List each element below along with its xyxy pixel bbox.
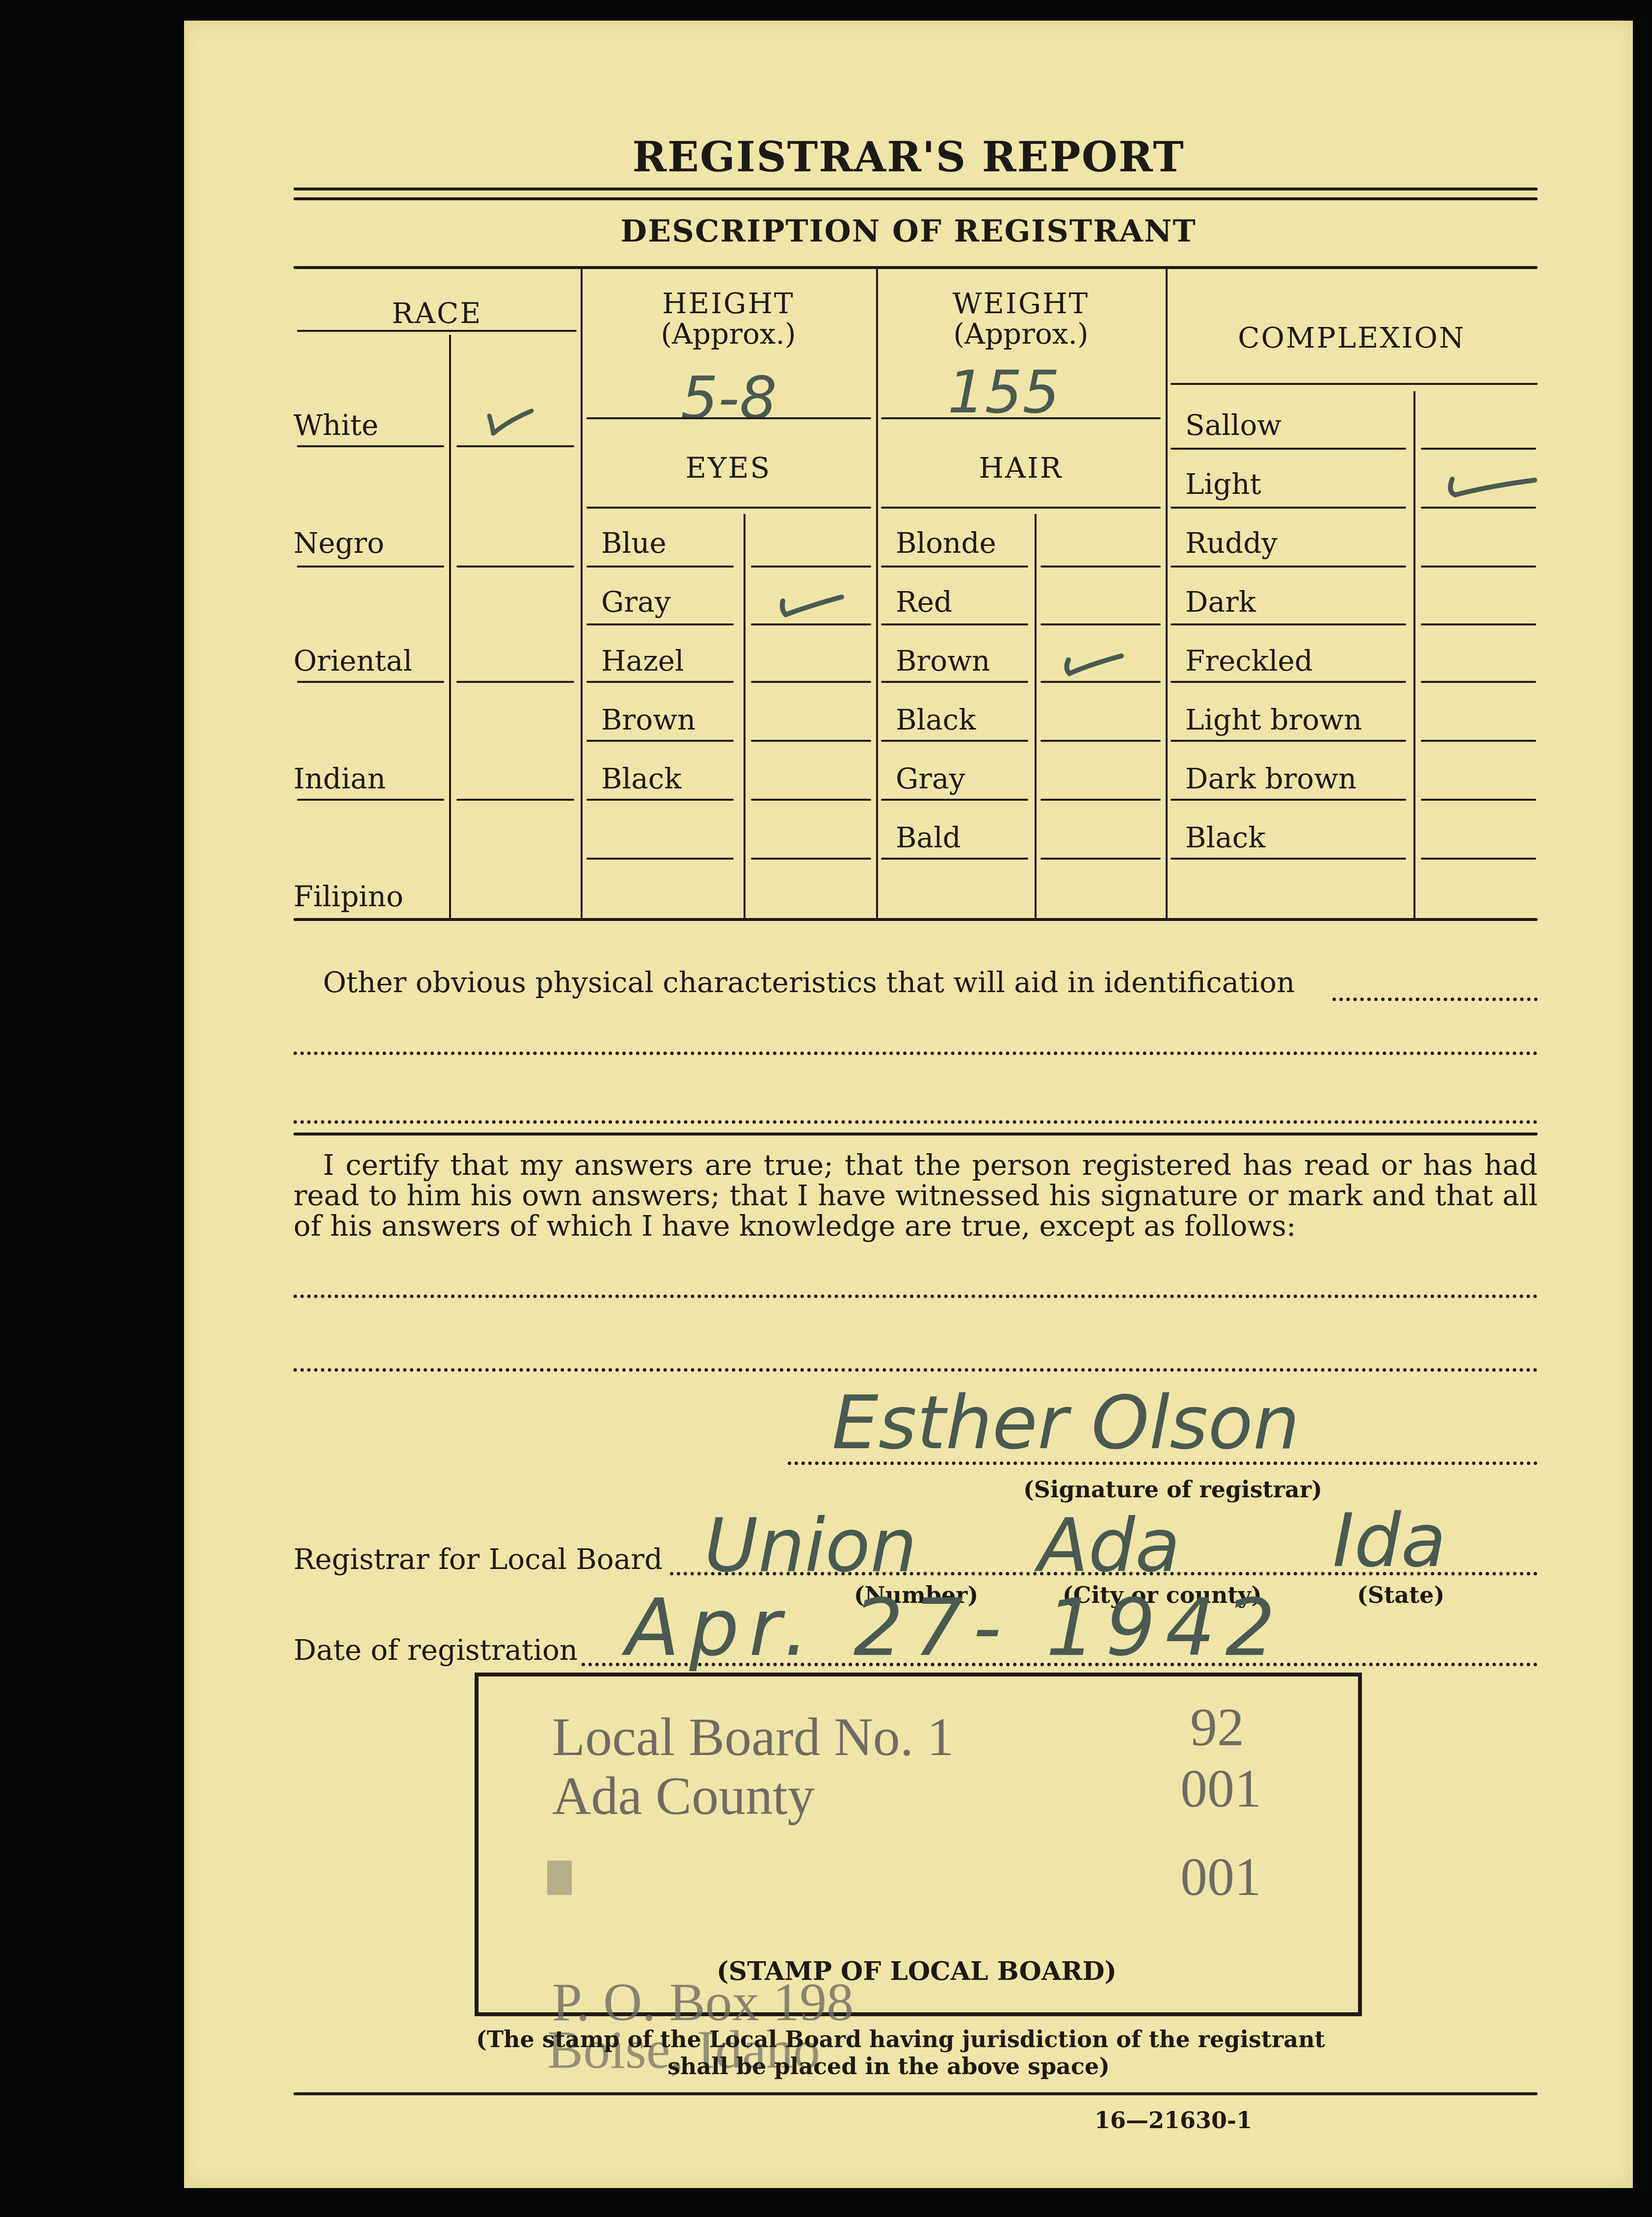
hair-red-rule	[881, 623, 1028, 625]
complexion-option-dark: Dark	[1185, 585, 1256, 619]
title-rule-top	[293, 188, 1538, 190]
stamp-number-3: 001	[1180, 1846, 1261, 1908]
eyes-blue-check-rule	[751, 566, 871, 568]
local-board-city-county[interactable]: Ada	[1038, 1503, 1180, 1589]
weight-header: WEIGHT (Approx.)	[876, 288, 1166, 349]
title-rule-bottom	[293, 197, 1538, 200]
form-number: 16—21630-1	[1094, 2107, 1252, 2134]
complexion-option-light-brown: Light brown	[1185, 703, 1362, 736]
local-board-state[interactable]: Ida	[1332, 1498, 1446, 1584]
other-characteristics-field-1[interactable]	[1332, 998, 1538, 1001]
eyes-option-hazel: Hazel	[601, 644, 684, 677]
race-header: RACE	[293, 298, 581, 328]
eyes-option-gray: Gray	[601, 585, 670, 619]
local-board-number[interactable]: Union	[704, 1503, 917, 1589]
complexion-option-black: Black	[1185, 821, 1265, 854]
hair-header: HAIR	[876, 453, 1166, 483]
registration-date-value[interactable]: Apr. 27- 1942	[626, 1582, 1285, 1674]
height-header-title: HEIGHT	[581, 288, 876, 319]
race-option-oriental: Oriental	[293, 644, 412, 677]
race-option-filipino: Filipino	[293, 880, 403, 913]
signature-caption: (Signature of registrar)	[1023, 1476, 1322, 1503]
hair-option-gray: Gray	[896, 762, 965, 795]
race-indian-check-rule	[456, 799, 574, 801]
hair-brown-rule	[881, 681, 1028, 683]
race-white-rule	[297, 445, 444, 447]
hair-bald-rule	[881, 858, 1028, 860]
hair-gray-rule	[881, 799, 1028, 801]
race-white-check-rule	[456, 445, 574, 447]
height-header-sub: (Approx.)	[581, 319, 876, 349]
weight-header-title: WEIGHT	[876, 288, 1166, 319]
complexion-black-rule	[1171, 858, 1406, 860]
complexion-dark-check-rule	[1421, 623, 1536, 625]
stamp-note-line-1: (The stamp of the Local Board having jur…	[476, 2026, 1325, 2053]
hair-blonde-rule	[881, 566, 1028, 568]
complexion-option-light: Light	[1185, 467, 1261, 501]
eyes-hazel-check-rule	[751, 681, 871, 683]
race-negro-check-rule	[456, 566, 574, 568]
complexion-light-checkmark-icon[interactable]	[1440, 472, 1539, 502]
divider-weight-complexion	[1166, 269, 1168, 919]
hair-option-brown: Brown	[896, 644, 990, 677]
race-negro-rule	[297, 566, 444, 568]
complexion-header: COMPLEXION	[1166, 323, 1538, 353]
registrar-signature[interactable]: Esther Olson	[832, 1380, 1300, 1466]
hair-red-check-rule	[1040, 623, 1161, 625]
complexion-freckled-check-rule	[1421, 681, 1536, 683]
eyes-blank-check-rule	[751, 858, 871, 860]
local-board-label: Registrar for Local Board	[293, 1542, 663, 1576]
eyes-black-check-rule	[751, 799, 871, 801]
divider-race-height	[581, 269, 583, 919]
eyes-hazel-rule	[586, 681, 734, 683]
hair-blonde-check-rule	[1040, 566, 1161, 568]
race-indian-rule	[297, 799, 444, 801]
eyes-blank-rule	[586, 858, 734, 860]
complexion-dark-brown-rule	[1171, 799, 1406, 801]
page-title: REGISTRAR'S REPORT	[184, 133, 1633, 181]
hair-gray-check-rule	[1040, 799, 1161, 801]
complexion-header-rule	[1171, 383, 1538, 385]
footer-rule	[293, 2092, 1538, 2095]
race-option-white: White	[293, 408, 378, 442]
eyes-black-rule	[586, 799, 734, 801]
hair-option-black: Black	[896, 703, 976, 736]
weight-header-sub: (Approx.)	[876, 319, 1166, 349]
other-characteristics-label: Other obvious physical characteristics t…	[323, 966, 1295, 999]
eyes-gray-rule	[586, 623, 734, 625]
other-characteristics-field-3[interactable]	[293, 1120, 1538, 1124]
eyes-brown-check-rule	[751, 740, 871, 742]
complexion-sallow-check-rule	[1421, 448, 1536, 450]
eyes-option-brown: Brown	[601, 703, 695, 736]
exceptions-field-2[interactable]	[293, 1368, 1538, 1372]
stamp-note-line-2: shall be placed in the above space)	[667, 2053, 1110, 2080]
stamp-number-2: 001	[1180, 1757, 1261, 1820]
eyes-blue-rule	[586, 566, 734, 568]
weight-value-line	[881, 417, 1161, 419]
race-header-rule	[297, 330, 577, 332]
complexion-dark-rule	[1171, 623, 1406, 625]
eyes-gray-check-rule	[751, 623, 871, 625]
eyes-brown-rule	[586, 740, 734, 742]
registration-date-label: Date of registration	[293, 1633, 578, 1667]
grid-bottom-rule	[293, 918, 1538, 921]
hair-brown-checkmark-icon[interactable]	[1058, 649, 1126, 678]
eyes-header: EYES	[581, 453, 876, 483]
signature-line	[788, 1461, 1538, 1465]
hair-bald-check-rule	[1040, 858, 1161, 860]
other-characteristics-field-2[interactable]	[293, 1052, 1538, 1055]
complexion-light-rule	[1171, 507, 1406, 509]
stamp-line-local-board: Local Board No. 1	[552, 1706, 954, 1768]
complexion-dark-brown-check-rule	[1421, 799, 1536, 801]
eyes-header-rule	[586, 507, 871, 509]
hair-option-bald: Bald	[896, 821, 961, 854]
complexion-ruddy-check-rule	[1421, 566, 1536, 568]
stamp-smudge	[547, 1861, 572, 1895]
height-value-line	[586, 417, 871, 419]
divider-height-weight	[876, 269, 878, 919]
hair-black-check-rule	[1040, 740, 1161, 742]
complexion-option-freckled: Freckled	[1185, 644, 1313, 677]
hair-header-rule	[881, 507, 1161, 509]
grid-top-rule	[293, 266, 1538, 269]
exceptions-field-1[interactable]	[293, 1295, 1538, 1298]
race-option-negro: Negro	[293, 526, 384, 560]
complexion-light-brown-rule	[1171, 740, 1406, 742]
complexion-light-brown-check-rule	[1421, 740, 1536, 742]
certification-text: I certify that my answers are true; that…	[293, 1150, 1538, 1241]
complexion-option-dark-brown: Dark brown	[1185, 762, 1357, 795]
race-option-indian: Indian	[293, 762, 386, 795]
hair-option-blonde: Blonde	[896, 526, 996, 560]
complexion-ruddy-rule	[1171, 566, 1406, 568]
section-title: DESCRIPTION OF REGISTRANT	[184, 213, 1633, 249]
complexion-black-check-rule	[1421, 858, 1536, 860]
local-board-state-caption: (State)	[1357, 1582, 1444, 1608]
divider-hair-check	[1035, 514, 1037, 919]
complexion-freckled-rule	[1171, 681, 1406, 683]
complexion-option-ruddy: Ruddy	[1185, 526, 1278, 560]
stamp-line-county: Ada County	[552, 1765, 815, 1827]
weight-value[interactable]: 155	[891, 358, 1117, 427]
eyes-option-black: Black	[601, 762, 681, 795]
stamp-number-1: 92	[1190, 1696, 1244, 1758]
eyes-gray-checkmark-icon[interactable]	[773, 590, 847, 620]
complexion-sallow-rule	[1171, 448, 1406, 450]
hair-brown-check-rule	[1040, 681, 1161, 683]
registrar-report-card: REGISTRAR'S REPORT DESCRIPTION OF REGIST…	[184, 21, 1633, 2188]
hair-black-rule	[881, 740, 1028, 742]
divider-race-check	[449, 335, 451, 919]
section-divider	[293, 1133, 1538, 1136]
race-oriental-check-rule	[456, 681, 574, 683]
height-header: HEIGHT (Approx.)	[581, 288, 876, 349]
eyes-option-blue: Blue	[601, 526, 666, 560]
complexion-option-sallow: Sallow	[1185, 408, 1281, 442]
stamp-box: Local Board No. 1 Ada County 92 001 001 …	[475, 1673, 1362, 2016]
divider-complexion-check	[1413, 391, 1415, 919]
race-oriental-rule	[297, 681, 444, 683]
complexion-light-check-rule	[1421, 507, 1536, 509]
race-white-checkmark-icon[interactable]	[483, 406, 537, 435]
hair-option-red: Red	[896, 585, 952, 619]
height-value[interactable]: 5-8	[611, 364, 847, 433]
divider-eyes-check	[744, 514, 746, 919]
